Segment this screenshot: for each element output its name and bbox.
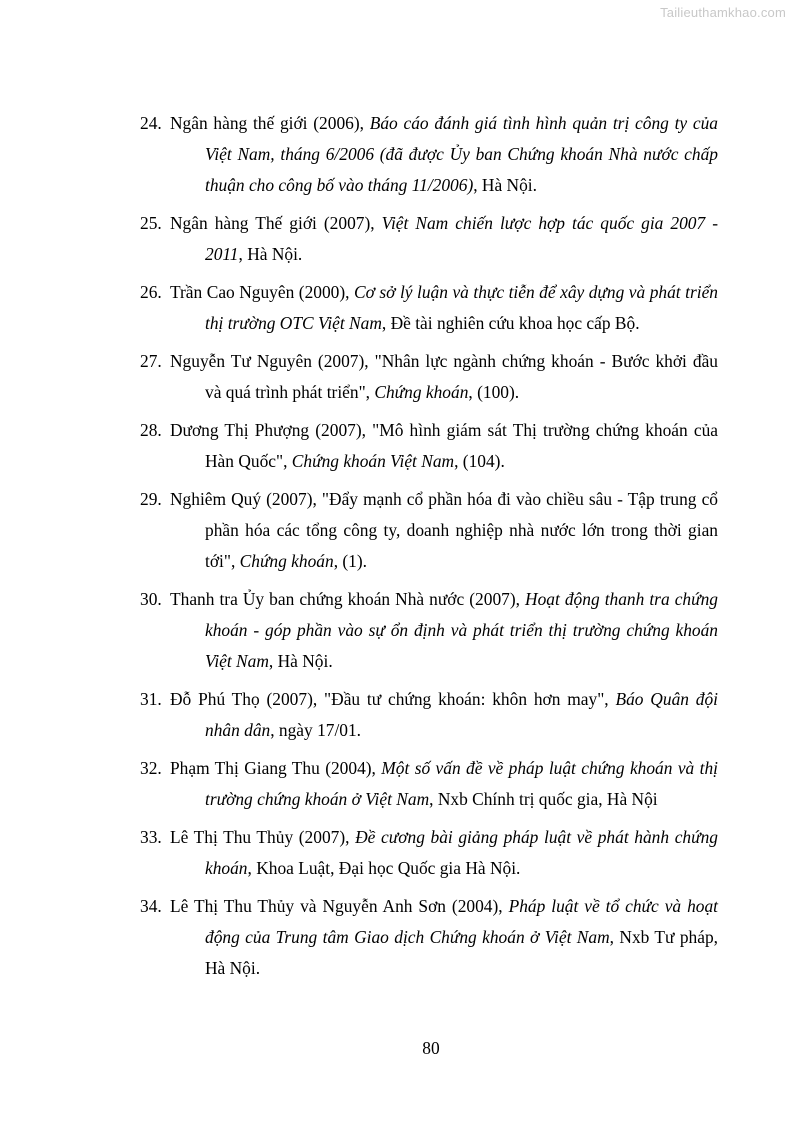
reference-title: Chứng khoán [240,551,334,571]
reference-number: 28. [140,415,162,446]
reference-detail: Thanh tra Ủy ban chứng khoán Nhà nước (2… [170,589,525,609]
reference-item: 34.Lê Thị Thu Thủy và Nguyễn Anh Sơn (20… [140,891,718,984]
reference-item: 27.Nguyễn Tư Nguyên (2007), "Nhân lực ng… [140,346,718,408]
reference-detail: Lê Thị Thu Thủy (2007), [170,827,355,847]
reference-list: 24.Ngân hàng thế giới (2006), Báo cáo đá… [140,108,718,991]
reference-text: Nghiêm Quý (2007), "Đẩy mạnh cổ phần hóa… [205,484,718,577]
reference-item: 28.Dương Thị Phượng (2007), "Mô hình giá… [140,415,718,477]
reference-detail: , ngày 17/01. [270,720,361,740]
reference-number: 33. [140,822,162,853]
reference-detail: Trần Cao Nguyên (2000), [170,282,354,302]
reference-text: Phạm Thị Giang Thu (2004), Một số vấn đề… [205,753,718,815]
reference-detail: , (1). [334,551,367,571]
reference-number: 32. [140,753,162,784]
reference-detail: Lê Thị Thu Thủy và Nguyễn Anh Sơn (2004)… [170,896,509,916]
reference-detail: Đỗ Phú Thọ (2007), "Đầu tư chứng khoán: … [170,689,615,709]
reference-detail: , Hà Nội. [473,175,537,195]
reference-item: 33.Lê Thị Thu Thủy (2007), Đề cương bài … [140,822,718,884]
reference-text: Lê Thị Thu Thủy (2007), Đề cương bài giả… [205,822,718,884]
reference-detail: , Hà Nội. [269,651,333,671]
reference-detail: , Nxb Chính trị quốc gia, Hà Nội [429,789,657,809]
page-number: 80 [0,1038,794,1059]
reference-item: 25.Ngân hàng Thế giới (2007), Việt Nam c… [140,208,718,270]
reference-item: 31.Đỗ Phú Thọ (2007), "Đầu tư chứng khoá… [140,684,718,746]
watermark: Tailieuthamkhao.com [660,5,786,20]
reference-detail: , (104). [454,451,505,471]
reference-item: 29.Nghiêm Quý (2007), "Đẩy mạnh cổ phần … [140,484,718,577]
reference-number: 29. [140,484,162,515]
reference-detail: Ngân hàng Thế giới (2007), [170,213,382,233]
reference-item: 30.Thanh tra Ủy ban chứng khoán Nhà nước… [140,584,718,677]
reference-text: Ngân hàng Thế giới (2007), Việt Nam chiế… [205,208,718,270]
reference-title: Chứng khoán [374,382,468,402]
reference-detail: Ngân hàng thế giới (2006), [170,113,370,133]
reference-number: 30. [140,584,162,615]
reference-number: 26. [140,277,162,308]
reference-number: 31. [140,684,162,715]
reference-text: Lê Thị Thu Thủy và Nguyễn Anh Sơn (2004)… [205,891,718,984]
reference-number: 25. [140,208,162,239]
reference-title: Chứng khoán Việt Nam [292,451,454,471]
reference-detail: , Khoa Luật, Đại học Quốc gia Hà Nội. [248,858,521,878]
reference-text: Dương Thị Phượng (2007), "Mô hình giám s… [205,415,718,477]
reference-text: Nguyễn Tư Nguyên (2007), "Nhân lực ngành… [205,346,718,408]
reference-item: 32.Phạm Thị Giang Thu (2004), Một số vấn… [140,753,718,815]
reference-text: Đỗ Phú Thọ (2007), "Đầu tư chứng khoán: … [205,684,718,746]
reference-detail: , Hà Nội. [239,244,303,264]
reference-text: Thanh tra Ủy ban chứng khoán Nhà nước (2… [205,584,718,677]
reference-detail: Phạm Thị Giang Thu (2004), [170,758,381,778]
reference-item: 24.Ngân hàng thế giới (2006), Báo cáo đá… [140,108,718,201]
reference-detail: , (100). [468,382,519,402]
reference-number: 34. [140,891,162,922]
reference-number: 24. [140,108,162,139]
reference-number: 27. [140,346,162,377]
reference-text: Ngân hàng thế giới (2006), Báo cáo đánh … [205,108,718,201]
reference-text: Trần Cao Nguyên (2000), Cơ sở lý luận và… [205,277,718,339]
reference-detail: , Đề tài nghiên cứu khoa học cấp Bộ. [382,313,640,333]
reference-item: 26.Trần Cao Nguyên (2000), Cơ sở lý luận… [140,277,718,339]
